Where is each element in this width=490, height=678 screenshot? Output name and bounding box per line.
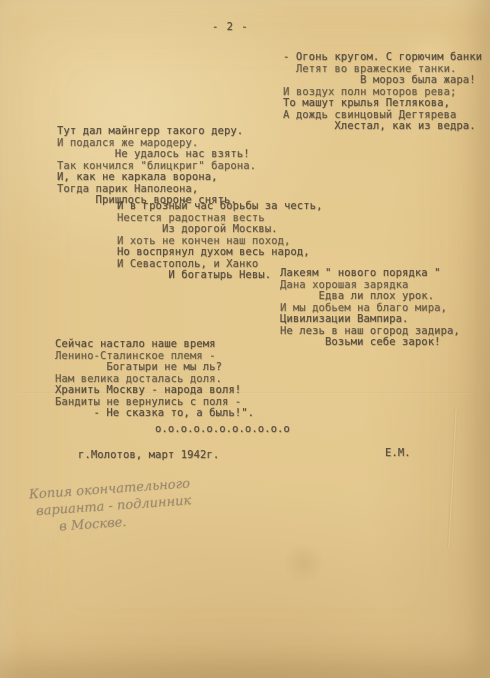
typed-separator: о.о.о.о.о.о.о.о.о.о.о <box>155 424 290 436</box>
stanza-2-line: И, как не каркала ворона, <box>57 172 256 184</box>
stanza-5: Сейчас настало наше время Ленино-Сталинс… <box>55 339 254 420</box>
stanza-5-line: Бандиты не вернулись с поля - <box>55 397 254 409</box>
stanza-2-line: Не удалось нас взять! <box>57 149 256 161</box>
stanza-4-line: Цивилизации Вампира. <box>280 314 460 326</box>
page-number: - 2 - <box>212 22 249 34</box>
stanza-2: Тут дал майнгерр такого деру. И подался … <box>57 126 256 207</box>
stanza-3-line: И хоть не кончен наш поход, <box>117 236 323 248</box>
stanza-1-line: - Огонь кругом. С горючим банки <box>283 52 482 64</box>
stanza-1-line: И воздух полн моторов рева; <box>283 87 482 99</box>
author-initials: Е.М. <box>385 448 411 460</box>
date-place-line: г.Молотов, март 1942г. <box>78 450 219 462</box>
stanza-5-line: Хранить Москву - народа воля! <box>55 385 254 397</box>
stanza-2-line: Тут дал майнгерр такого деру. <box>57 126 256 138</box>
stanza-3-line: Из дорогой Москвы. <box>117 224 323 236</box>
stanza-5-line: Сейчас настало наше время <box>55 339 254 351</box>
stanza-4: Лакеям " нового порядка " Дана хорошая з… <box>280 268 460 349</box>
stanza-4-line: Не лезь в наш огород задира, <box>280 326 460 338</box>
stanza-4-line: Едва ли плох урок. <box>280 291 460 303</box>
stanza-1-line: Хлестал, как из ведра. <box>283 121 482 133</box>
stanza-1: - Огонь кругом. С горючим банки Летят во… <box>283 52 482 133</box>
stanza-5-line: Нам велика досталась доля. <box>55 374 254 386</box>
stanza-5-line: Богатыри не мы ль? <box>55 362 254 374</box>
stanza-1-line: А дождь свинцовый Дегтярева <box>283 110 482 122</box>
stanza-3-line: Но воспрянул духом весь народ, <box>117 247 323 259</box>
stanza-1-line: То машут крылья Петлякова, <box>283 98 482 110</box>
stanza-4-line: Лакеям " нового порядка " <box>280 268 460 280</box>
stanza-3-line: И в грозный час борьбы за честь, <box>117 201 323 213</box>
stanza-4-line: И мы добьем на благо мира, <box>280 303 460 315</box>
stanza-4-line: Возьми себе зарок! <box>280 337 460 349</box>
stanza-1-line: В мороз была жара! <box>283 75 482 87</box>
stanza-2-line: Тогда парик Наполеона, <box>57 184 256 196</box>
stanza-5-line: - Не сказка то, а быль!". <box>55 408 254 420</box>
stanza-2-line: Так кончился "блицкриг" барона. <box>57 161 256 173</box>
